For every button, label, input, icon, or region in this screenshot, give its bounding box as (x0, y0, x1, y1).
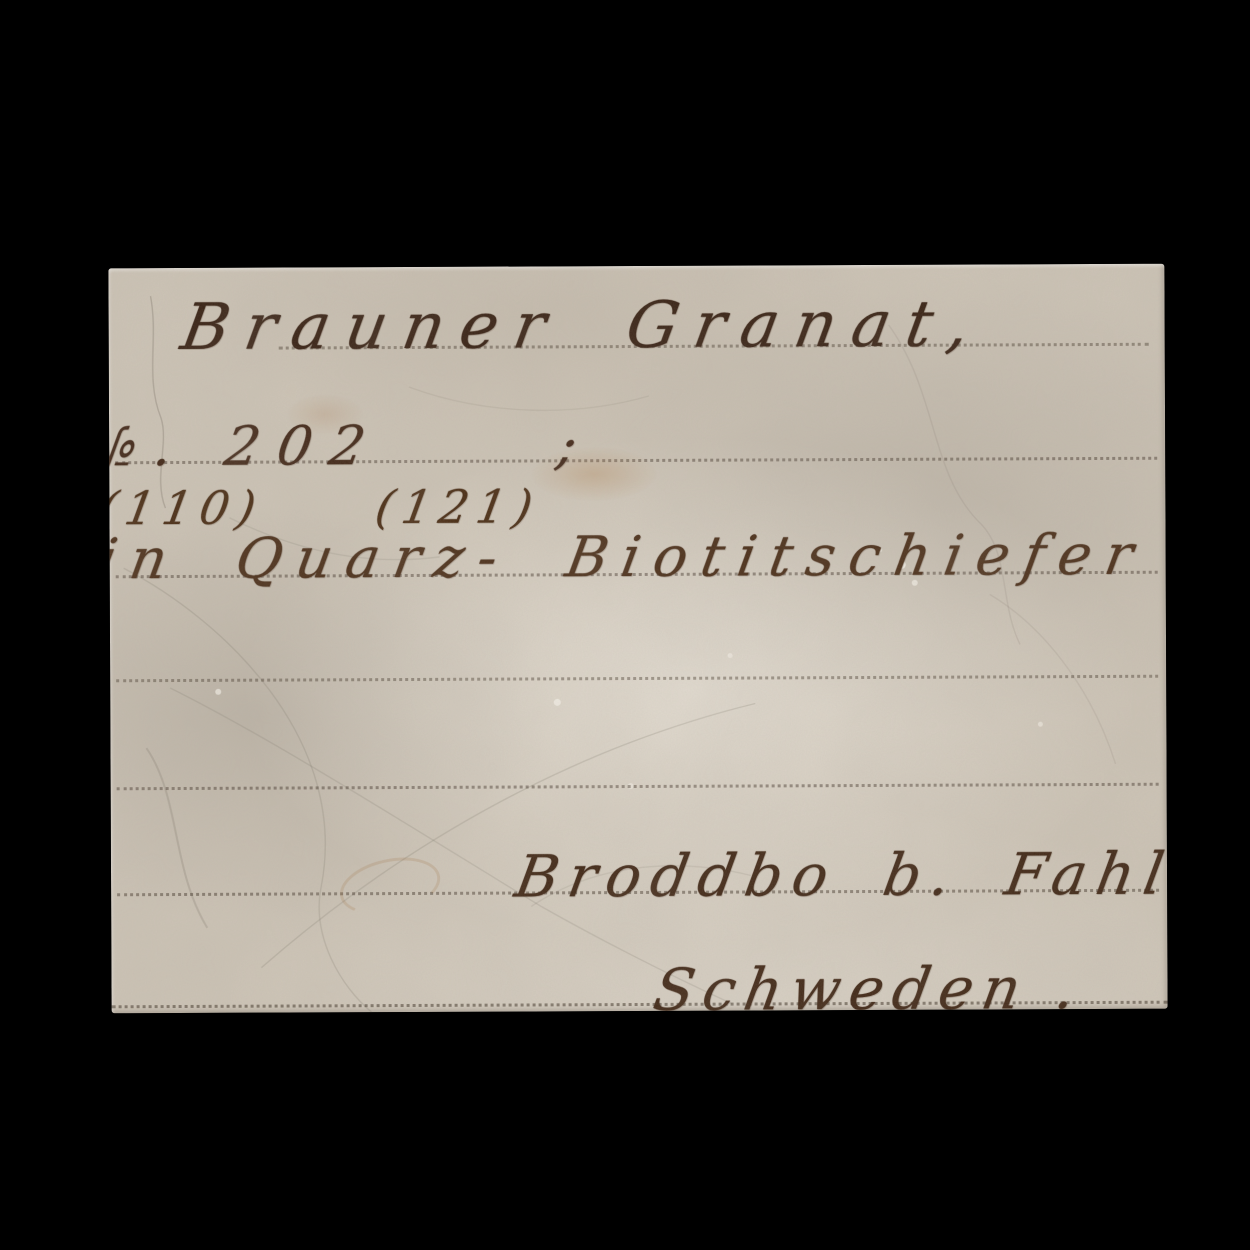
crystal-forms-text: (110) (121) (108, 483, 544, 531)
specimen-label-card: Brauner Granat, №. 202 ; (110) (121) in … (108, 264, 1167, 1014)
ruled-line (116, 571, 1158, 579)
paper-texture (108, 264, 1167, 1014)
catalog-number-text: №. 202 ; (108, 418, 599, 474)
ruled-line (112, 1001, 1168, 1009)
matrix-rock-text: in Quarz- Biotitschiefer . (108, 527, 1167, 588)
paper-stain (529, 446, 659, 503)
paper-stain (335, 849, 446, 923)
locality-text: Broddbo b. Fahlun (511, 844, 1167, 905)
country-text: Schweden . (650, 959, 1089, 1013)
ruled-line (117, 783, 1159, 791)
pencil-scratches-graphic (108, 264, 1167, 1014)
ruled-line (115, 457, 1157, 465)
paper-stain (285, 393, 365, 435)
ruled-line (279, 343, 1149, 350)
ruled-line (116, 675, 1158, 683)
ruled-line (117, 889, 1159, 897)
mineral-name-text: Brauner Granat, (177, 292, 990, 360)
photo-background: Brauner Granat, №. 202 ; (110) (121) in … (0, 0, 1250, 1250)
